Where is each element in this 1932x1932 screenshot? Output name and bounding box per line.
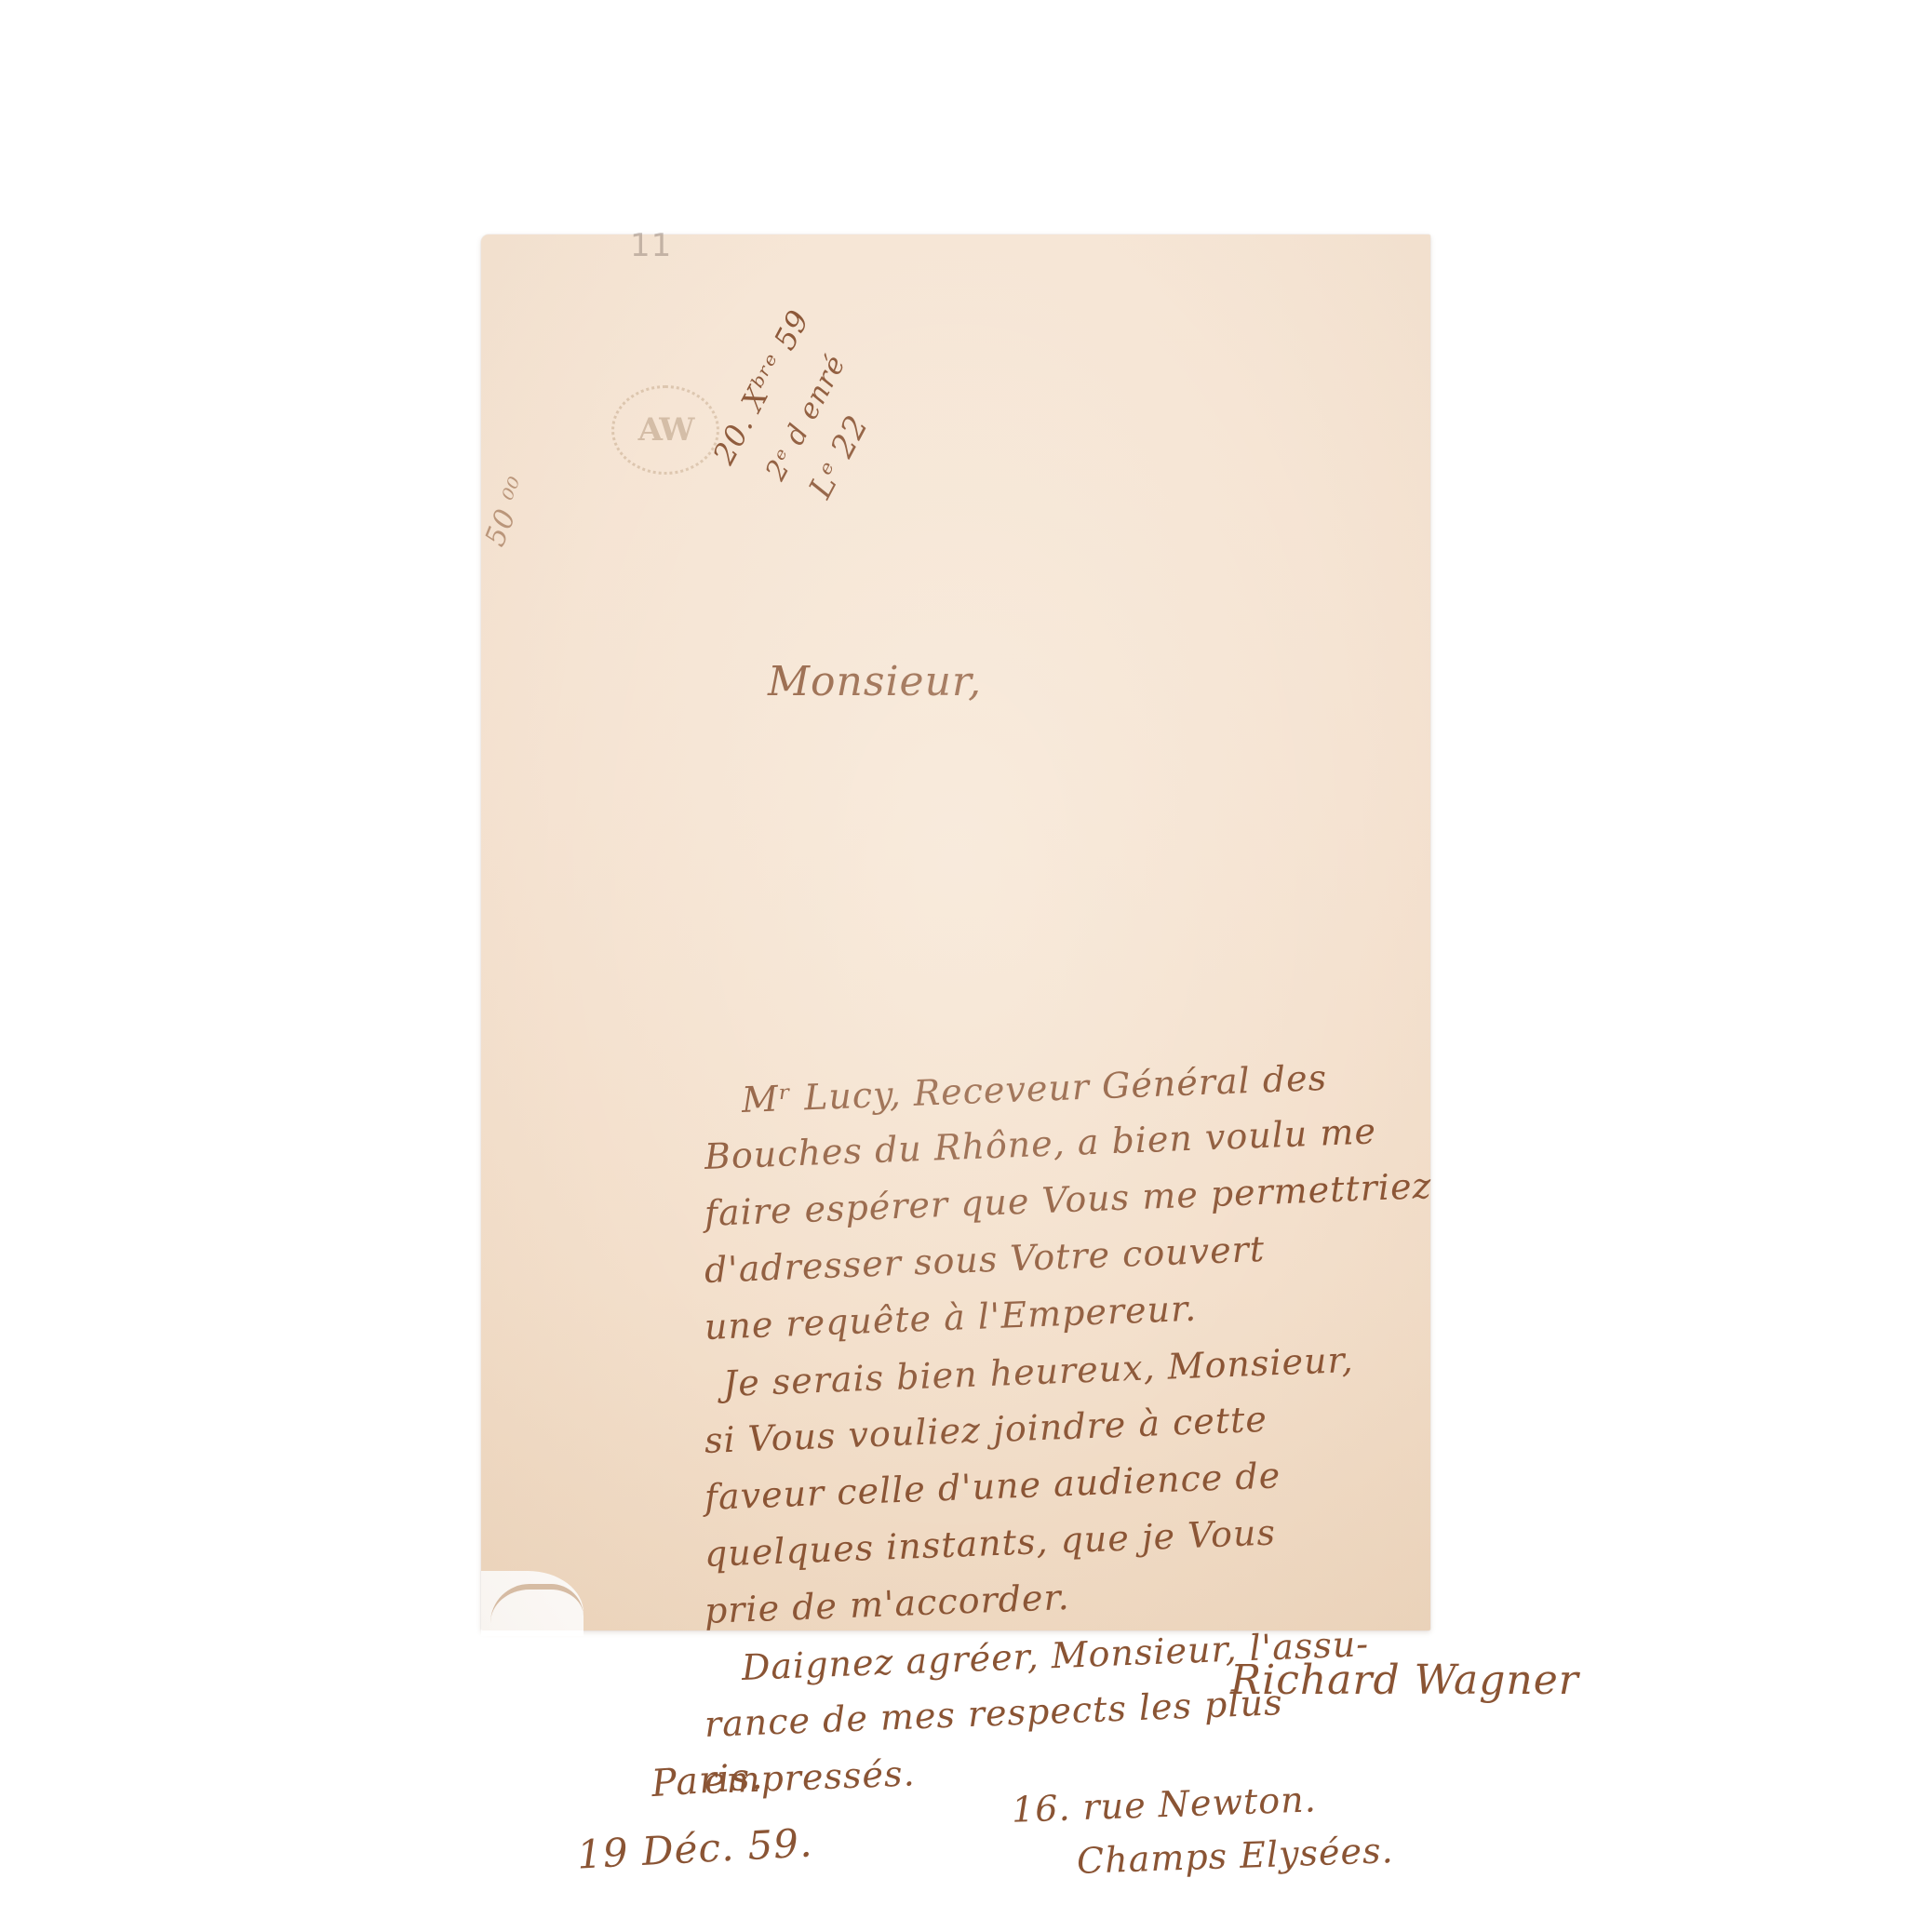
seal-monogram: AW [638,411,693,449]
date-line: 19 Déc. 59. [576,1819,814,1877]
price-annotation: 50 ⁰⁰ [479,473,536,551]
embossed-seal-icon: AW [611,385,719,475]
place-line: Paris. [651,1755,765,1805]
signature: Richard Wagner [1230,1657,1579,1704]
salutation: Monsieur, [768,658,982,705]
letter-sheet: 11 AW 50 ⁰⁰ 20. Xᵇʳᵉ 59 2ᵉ d enré Lᵉ 22 … [481,235,1430,1630]
pencil-mark-top: 11 [630,227,672,264]
address-line-2: Champs Elysées. [1076,1830,1394,1882]
